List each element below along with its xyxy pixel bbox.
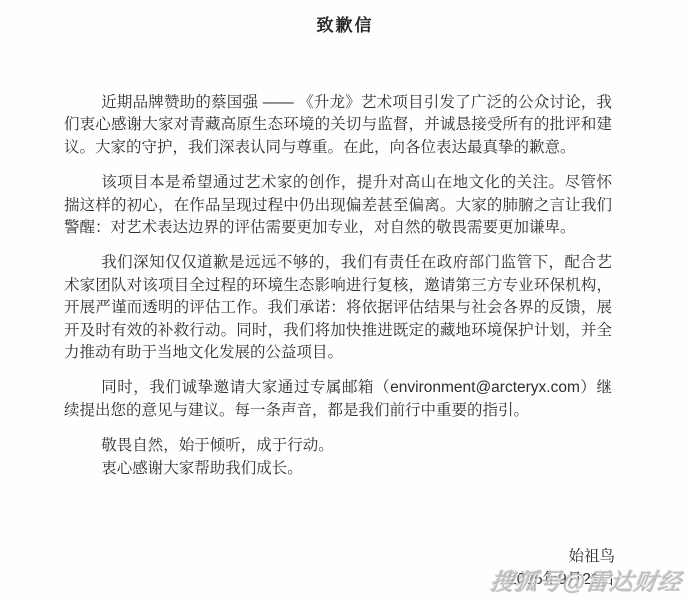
signature-date: 2025年9月21日 (0, 569, 615, 592)
letter-paragraph: 我们深知仅仅道歉是远远不够的，我们有责任在政府部门监管下，配合艺术家团队对该项目… (64, 252, 612, 364)
signature-block: 始祖鸟 2025年9月21日 (0, 546, 690, 591)
signature-brand: 始祖鸟 (0, 546, 615, 569)
apology-letter-page: 致歉信 近期品牌赞助的蔡国强 —— 《升龙》艺术项目引发了广泛的公众讨论，我们衷… (0, 0, 690, 600)
closing-block: 敬畏自然，始于倾听，成于行动。 衷心感谢大家帮助我们成长。 (64, 435, 612, 480)
closing-line-nature: 敬畏自然，始于倾听，成于行动。 (64, 435, 612, 457)
letter-paragraph: 同时，我们诚挚邀请大家通过专属邮箱（environment@arcteryx.c… (64, 377, 612, 422)
closing-line-thanks: 衷心感谢大家帮助我们成长。 (64, 458, 612, 480)
letter-body: 近期品牌赞助的蔡国强 —— 《升龙》艺术项目引发了广泛的公众讨论，我们衷心感谢大… (64, 92, 612, 480)
letter-paragraph: 该项目本是希望通过艺术家的创作，提升对高山在地文化的关注。尽管怀揣这样的初心，在… (64, 172, 612, 239)
letter-paragraph: 近期品牌赞助的蔡国强 —— 《升龙》艺术项目引发了广泛的公众讨论，我们衷心感谢大… (64, 92, 612, 159)
letter-title: 致歉信 (0, 0, 690, 36)
